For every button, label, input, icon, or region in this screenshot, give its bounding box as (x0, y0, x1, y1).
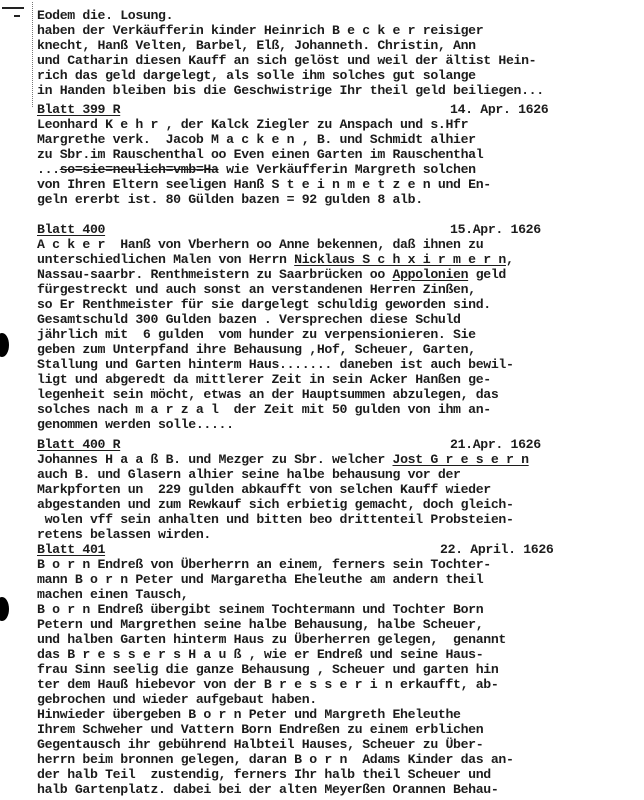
text-line: rich das geld dargelegt, als solle ihm s… (37, 68, 476, 83)
text-line: Markpforten un 229 gulden abkaufft von s… (37, 482, 491, 497)
text-line: jährlich mit 6 gulden vom hunder zu verp… (37, 327, 476, 342)
text-line: Gesamtschuld 300 Gulden bazen . Versprec… (37, 312, 461, 327)
punch-hole (0, 597, 9, 621)
margin-mark (14, 15, 20, 17)
text-line: machen einen Tausch, (37, 587, 188, 602)
text-line: gebrochen und wieder aufgebaut haben. (37, 692, 317, 707)
entry-date: 21.Apr. 1626 (450, 437, 541, 452)
text-line: Gegentausch ihr gebührend Halbteil Hause… (37, 737, 483, 752)
text-line: Margrethe verk. Jacob M a c k e n , B. u… (37, 132, 476, 147)
text-line: geben zum Unterpfand ihre Behausung ,Hof… (37, 342, 476, 357)
text-line: Johannes H a a ß B. und Mezger zu Sbr. w… (37, 452, 529, 467)
text-line: fürgestreckt und auch sonst an verstande… (37, 282, 476, 297)
folio-heading: Blatt 401 (37, 542, 105, 557)
text-line: das B r e s s e r s H a u ß , wie er End… (37, 647, 483, 662)
underlined-name: Jost G r e s e r n (393, 452, 529, 467)
text-line: von Ihren Eltern seeligen Hanß S t e i n… (37, 177, 491, 192)
text-line: und Catharin diesen Kauff an sich gelöst… (37, 53, 536, 68)
entry-date: 14. Apr. 1626 (450, 102, 548, 117)
text-line: Eodem die. Losung. (37, 8, 173, 23)
text-line: zu Sbr.im Rauschenthal oo Even einen Gar… (37, 147, 483, 162)
text-line: A c k e r Hanß von Vberhern oo Anne beke… (37, 237, 483, 252)
text-line: Petern und Margrethen seine halbe Behaus… (37, 617, 483, 632)
entry-date: 15.Apr. 1626 (450, 222, 541, 237)
text-line: solches nach m a r z a l der Zeit mit 50… (37, 402, 491, 417)
text-line: haben der Verkäufferin kinder Heinrich B… (37, 23, 483, 38)
text-line: der halb Teil zustendig, ferners Ihr hal… (37, 767, 491, 782)
text-line-with-strikethrough: ...so=sie=neulich=vmb=Ha wie Verkäufferi… (37, 162, 476, 177)
text-line: retens belassen wirden. (37, 527, 211, 542)
underlined-name: Nicklaus S c h x i r m e r n (294, 252, 506, 267)
text-line: in Handen bleiben bis die Geschwistrige … (37, 83, 544, 98)
text-line: legenheit sein möcht, etwas an der Haupt… (37, 387, 498, 402)
margin-mark (2, 7, 24, 9)
text-line: mann B o r n Peter und Margaretha Eheleu… (37, 572, 483, 587)
text-line: knecht, Hanß Velten, Barbel, Elß, Johann… (37, 38, 476, 53)
folio-heading: Blatt 399 R (37, 102, 120, 117)
text-line: geln ererbt ist. 80 Gülden bazen = 92 gu… (37, 192, 423, 207)
text-line: Stallung und Garten hinterm Haus....... … (37, 357, 514, 372)
text-line: unterschiedlichen Malen von Herrn Nickla… (37, 252, 514, 267)
text-line: herrn beim bronnen gelegen, daran B o r … (37, 752, 514, 767)
underlined-name: Appolonien (393, 267, 469, 282)
text-line: halb Gartenplatz. dabei bei der alten Me… (37, 782, 498, 797)
struck-text: so=sie=neulich=vmb=Ha (60, 162, 219, 177)
text-line: abgestanden und zum Rewkauf sich erbieti… (37, 497, 514, 512)
text-line: Ihrem Schweher und Vattern Born Endreßen… (37, 722, 483, 737)
text-line: ligt und abgeredt da mittlerer Zeit in s… (37, 372, 491, 387)
text-line: wolen vff sein anhalten und bitten beo d… (37, 512, 514, 527)
margin-rule (32, 2, 33, 107)
text-line: so Er Renthmeister für sie dargelegt sch… (37, 297, 491, 312)
folio-heading: Blatt 400 R (37, 437, 120, 452)
text-line: ter dem Hauß hiebevor von der B r e s s … (37, 677, 498, 692)
text-line: Nassau-saarbr. Renthmeistern zu Saarbrüc… (37, 267, 506, 282)
document-page: Eodem die. Losung. haben der Verkäufferi… (0, 0, 644, 800)
text-line: und halben Garten hinterm Haus zu Überhe… (37, 632, 506, 647)
text-line: genommen werden solle..... (37, 417, 234, 432)
text-line: Leonhard K e h r , der Kalck Ziegler zu … (37, 117, 468, 132)
text-line: auch B. und Glasern alhier seine halbe b… (37, 467, 461, 482)
text-line: frau Sinn seelig die ganze Behausung , S… (37, 662, 498, 677)
folio-heading: Blatt 400 (37, 222, 105, 237)
text-line: Hinwieder übergeben B o r n Peter und Ma… (37, 707, 461, 722)
text-line: B o r n Endreß übergibt seinem Tochterma… (37, 602, 483, 617)
entry-date: 22. April. 1626 (440, 542, 553, 557)
text-line: B o r n Endreß von Überherrn an einem, f… (37, 557, 491, 572)
punch-hole (0, 333, 9, 357)
